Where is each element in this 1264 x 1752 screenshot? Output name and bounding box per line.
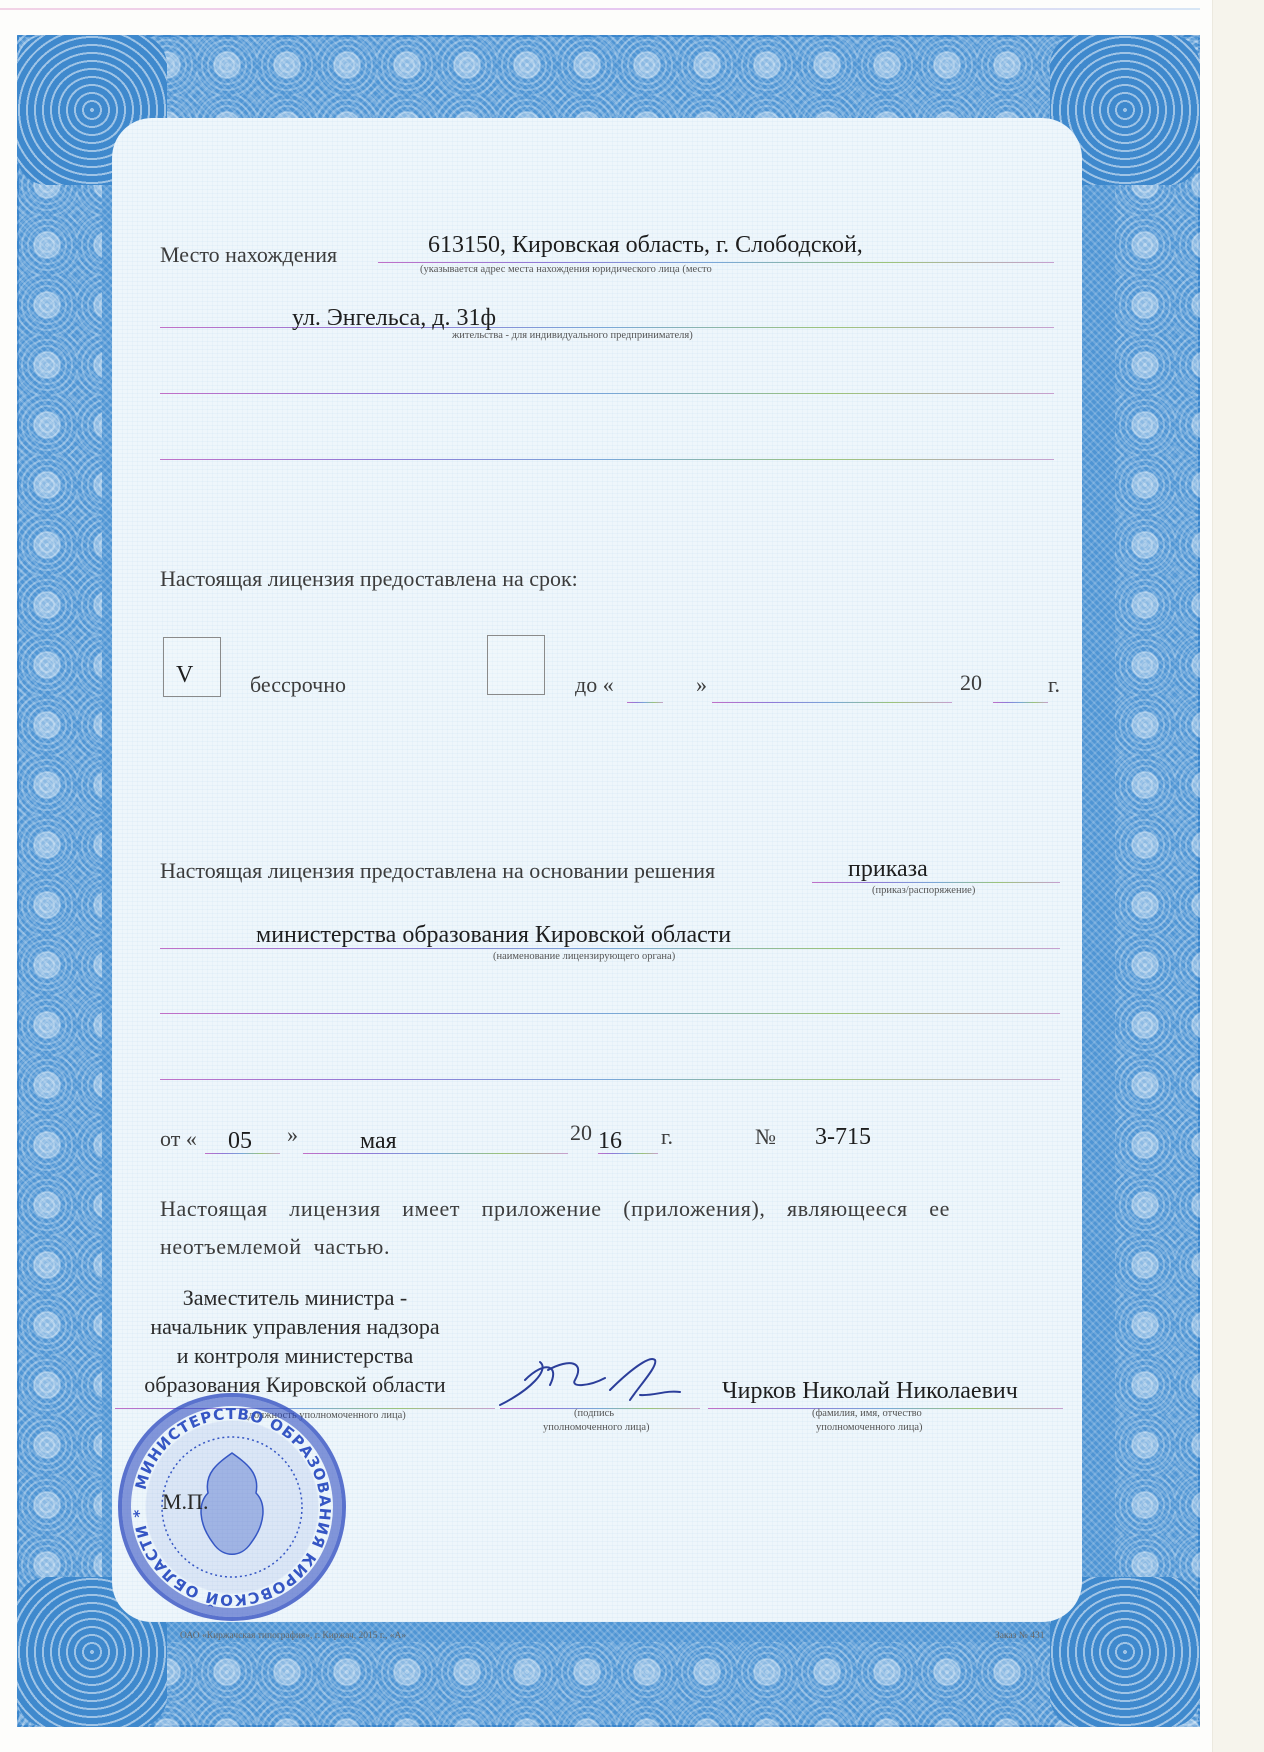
basis-authority-caption: (наименование лицензирующего органа): [493, 951, 675, 962]
appendix-note: Настоящая лицензия имеет приложение (при…: [160, 1190, 950, 1266]
decision-month: мая: [360, 1128, 397, 1155]
checkbox-until-date[interactable]: [487, 635, 545, 695]
checkbox-check-mark: V: [176, 662, 193, 689]
sheet-edge: [0, 8, 1200, 10]
signer-name: Чирков Николай Николаевич: [722, 1378, 1018, 1405]
decision-month-line: [303, 1153, 568, 1154]
signer-title: Заместитель министра - начальник управле…: [115, 1283, 475, 1399]
basis-line-4: [160, 1079, 1060, 1080]
decision-from-prefix: от «: [160, 1126, 197, 1152]
signer-title-line: и контроля министерства: [115, 1341, 475, 1370]
stamp-seal-icon: МИНИСТЕРСТВО ОБРАЗОВАНИЯ КИРОВСКОЙ ОБЛАС…: [118, 1393, 346, 1621]
page-margin: [1212, 0, 1264, 1752]
frame-border-right: [1115, 35, 1200, 1727]
signature-caption-1: (подпись: [574, 1408, 614, 1419]
label-indefinite: бессрочно: [250, 672, 346, 698]
signature-caption-2: уполномоченного лица): [543, 1422, 650, 1433]
decision-year-suffix: 16: [598, 1128, 622, 1155]
decision-number: 3-715: [815, 1124, 871, 1151]
order-number: Заказ № 431: [995, 1631, 1044, 1641]
label-until-prefix: до «: [575, 672, 614, 698]
basis-heading: Настоящая лицензия предоставлена на осно…: [160, 858, 715, 884]
location-caption-1: (указывается адрес места нахождения юрид…: [420, 264, 712, 275]
signer-title-line: начальник управления надзора: [115, 1312, 475, 1341]
location-line-4: [160, 459, 1054, 460]
frame-border-bottom: [17, 1642, 1200, 1727]
decision-day: 05: [228, 1128, 252, 1155]
decision-year-prefix: 20: [570, 1120, 592, 1146]
printer-imprint: ОАО «Киржачская типография», г. Киржач, …: [180, 1631, 406, 1641]
signer-name-caption-2: уполномоченного лица): [816, 1422, 923, 1433]
basis-line-3: [160, 1013, 1060, 1014]
signer-name-caption-1: (фамилия, имя, отчество: [812, 1408, 922, 1419]
label-until-quote-close: »: [696, 672, 707, 698]
until-year-prefix: 20: [960, 670, 982, 696]
term-heading: Настоящая лицензия предоставлена на срок…: [160, 566, 578, 592]
signature-icon: [490, 1350, 710, 1410]
location-address-line-1: 613150, Кировская область, г. Слободской…: [428, 232, 863, 259]
basis-authority: министерства образования Кировской облас…: [256, 922, 731, 949]
frame-border-top: [17, 35, 1200, 120]
until-year-suffix: г.: [1048, 672, 1060, 698]
location-address-line-2: ул. Энгельса, д. 31ф: [292, 305, 496, 332]
decision-number-sign: №: [755, 1124, 776, 1150]
location-line-1: [378, 262, 1054, 263]
until-year-field: [993, 702, 1048, 703]
official-stamp: МИНИСТЕРСТВО ОБРАЗОВАНИЯ КИРОВСКОЙ ОБЛАС…: [118, 1393, 346, 1621]
until-month-field: [712, 702, 952, 703]
location-caption-2: жительства - для индивидуального предпри…: [452, 330, 693, 341]
decision-quote-close: »: [287, 1122, 298, 1148]
basis-doc-type-caption: (приказ/распоряжение): [872, 885, 975, 896]
decision-year-label: г.: [661, 1124, 673, 1150]
location-line-3: [160, 393, 1054, 394]
basis-doc-type: приказа: [848, 856, 928, 883]
signer-title-line: Заместитель министра -: [115, 1283, 475, 1312]
until-day-field: [627, 702, 663, 703]
checkbox-indefinite[interactable]: V: [163, 637, 221, 697]
stamp-mp-label: М.П.: [162, 1489, 208, 1515]
frame-border-left: [17, 35, 102, 1727]
location-label: Место нахождения: [160, 242, 337, 268]
